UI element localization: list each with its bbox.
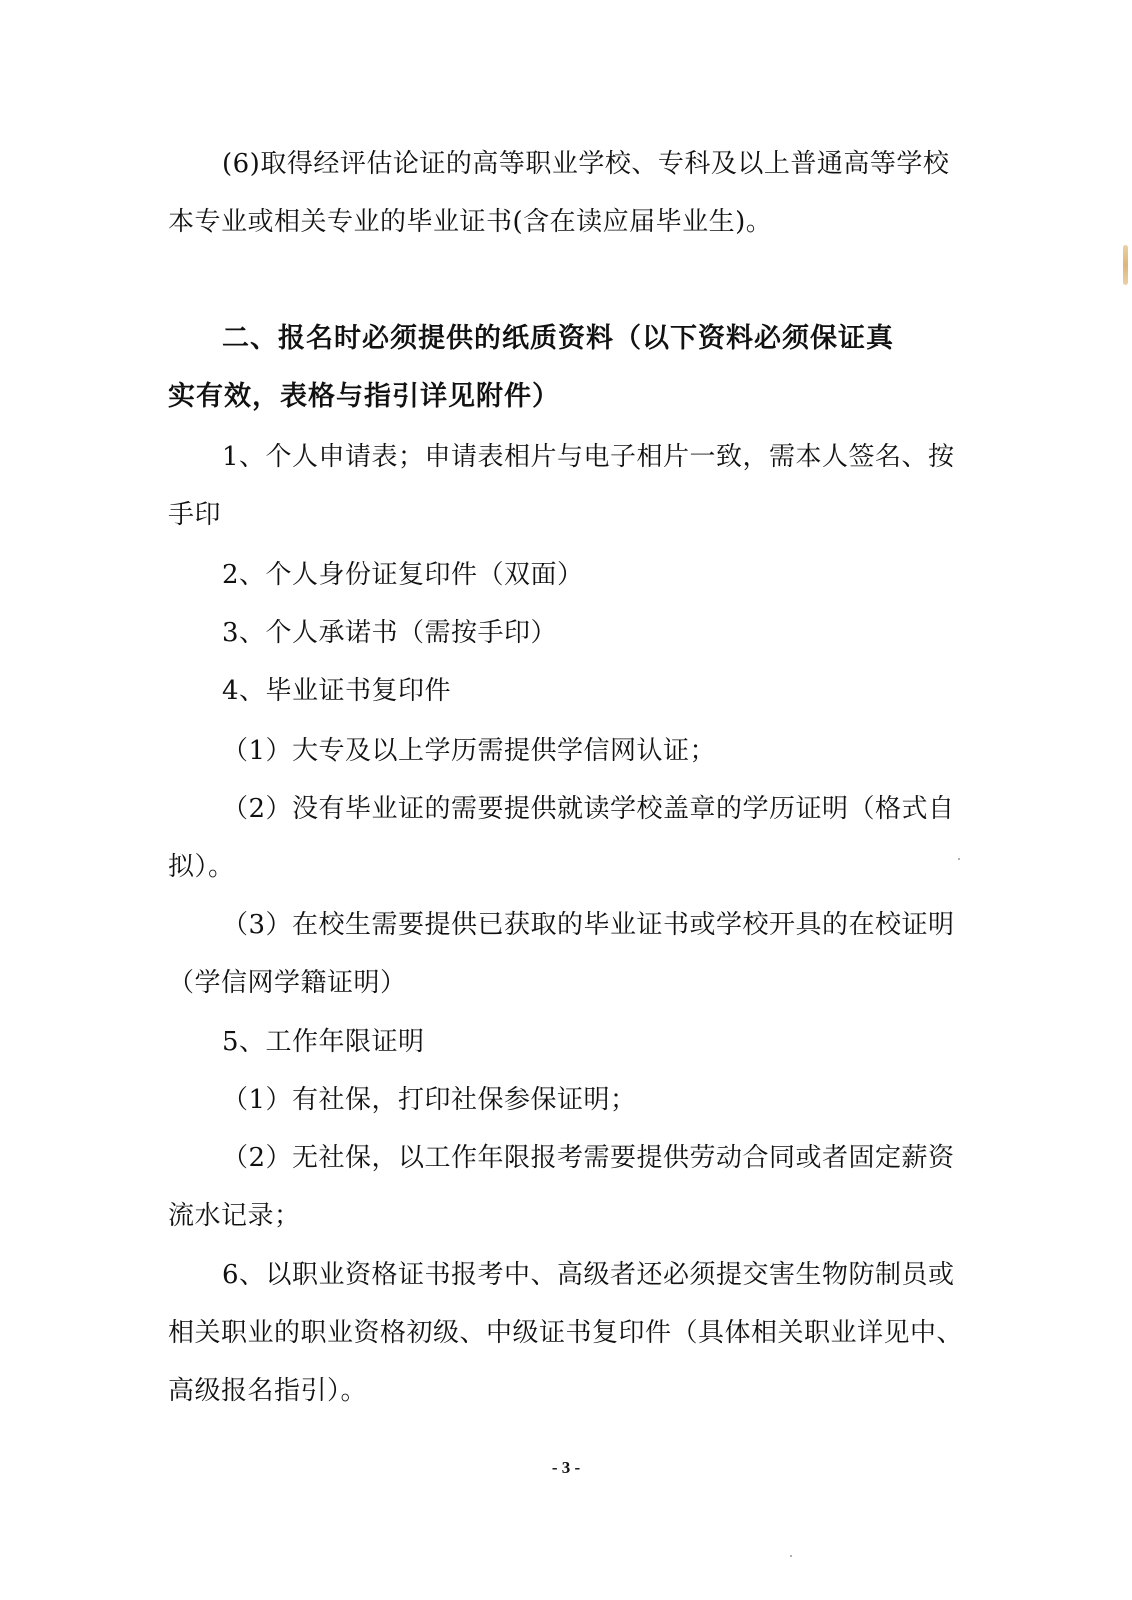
sub-item-5-1: （1）有社保，打印社保参保证明；: [222, 1083, 637, 1117]
paragraph-item-6-line-2: 本专业或相关专业的毕业证书(含在读应届毕业生)。: [168, 205, 772, 239]
scan-speck: [958, 858, 960, 860]
section-heading-line-1: 二、报名时必须提供的纸质资料（以下资料必须保证真: [222, 322, 894, 356]
sub-item-4-2-line-2: 拟）。: [168, 850, 235, 884]
sub-item-4-2-line-1: （2）没有毕业证的需要提供就读学校盖章的学历证明（格式自: [222, 792, 955, 826]
sub-item-5-2-line-2: 流水记录；: [168, 1199, 301, 1233]
list-item-2: 2、个人身份证复印件（双面）: [222, 558, 584, 592]
scan-edge-mark: [1123, 245, 1128, 285]
scan-speck: [790, 1555, 792, 1557]
document-page: (6)取得经评估论证的高等职业学校、专科及以上普通高等学校 本专业或相关专业的毕…: [0, 0, 1132, 1600]
list-item-6-line-1: 6、以职业资格证书报考中、高级者还必须提交害生物防制员或: [222, 1258, 955, 1292]
list-item-6-line-3: 高级报名指引）。: [168, 1374, 367, 1408]
list-item-6-line-2: 相关职业的职业资格初级、中级证书复印件（具体相关职业详见中、: [168, 1316, 963, 1350]
list-item-5: 5、工作年限证明: [222, 1025, 425, 1059]
sub-item-4-3-line-1: （3）在校生需要提供已获取的毕业证书或学校开具的在校证明: [222, 908, 955, 942]
list-item-1-line-1: 1、个人申请表；申请表相片与电子相片一致，需本人签名、按: [222, 440, 955, 474]
page-number: - 3 -: [0, 1458, 1132, 1478]
list-item-4: 4、毕业证书复印件: [222, 674, 451, 708]
sub-item-5-2-line-1: （2）无社保，以工作年限报考需要提供劳动合同或者固定薪资: [222, 1141, 955, 1175]
list-item-3: 3、个人承诺书（需按手印）: [222, 616, 557, 650]
paragraph-item-6-line-1: (6)取得经评估论证的高等职业学校、专科及以上普通高等学校: [222, 147, 949, 181]
section-heading-line-2: 实有效，表格与指引详见附件）: [168, 380, 560, 414]
list-item-1-line-2: 手印: [168, 498, 221, 532]
sub-item-4-3-line-2: （学信网学籍证明）: [168, 966, 407, 1000]
sub-item-4-1: （1）大专及以上学历需提供学信网认证；: [222, 734, 716, 768]
